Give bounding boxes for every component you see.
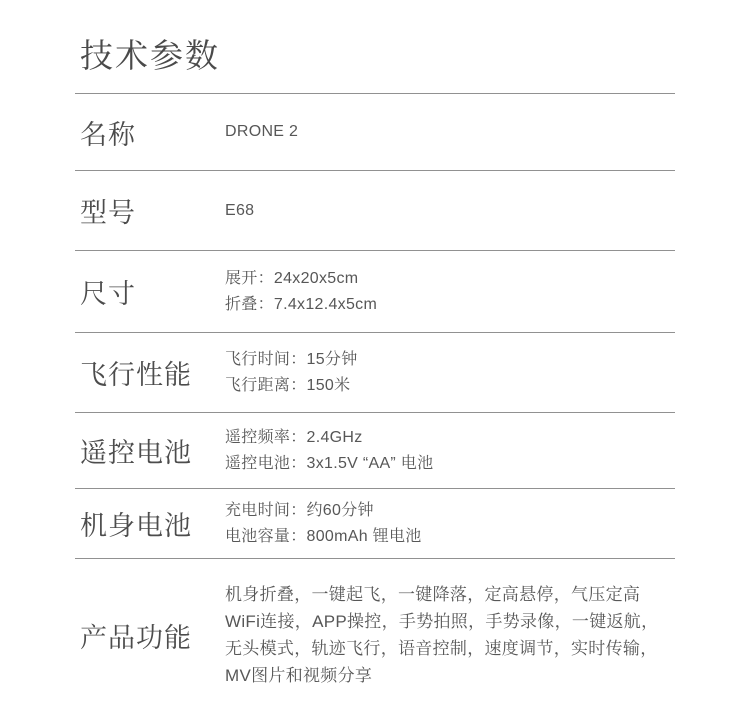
spec-value: DRONE 2 — [225, 119, 675, 145]
spec-value-line: 展开：24x20x5cm — [225, 266, 675, 292]
spec-label: 名称 — [75, 113, 225, 152]
spec-value: 遥控频率：2.4GHz 遥控电池：3x1.5V “AA” 电池 — [225, 425, 675, 477]
spec-value: 飞行时间：15分钟 飞行距离：150米 — [225, 347, 675, 399]
spec-value-line: E68 — [225, 198, 675, 224]
spec-row-name: 名称 DRONE 2 — [75, 94, 675, 171]
spec-row-flight-performance: 飞行性能 飞行时间：15分钟 飞行距离：150米 — [75, 333, 675, 413]
spec-value-line: 折叠：7.4x12.4x5cm — [225, 292, 675, 318]
spec-value-line: WiFi连接，APP操控，手势拍照，手势录像，一键返航， — [225, 608, 675, 635]
spec-label: 遥控电池 — [75, 431, 225, 470]
page-title: 技术参数 — [80, 36, 750, 76]
spec-table: 名称 DRONE 2 型号 E68 尺寸 展开：24x20x5cm 折叠：7.4… — [75, 93, 675, 708]
spec-row-model: 型号 E68 — [75, 171, 675, 251]
spec-label: 型号 — [75, 191, 225, 230]
spec-value: 展开：24x20x5cm 折叠：7.4x12.4x5cm — [225, 266, 675, 318]
spec-value-line: 飞行时间：15分钟 — [225, 347, 675, 373]
spec-row-body-battery: 机身电池 充电时间：约60分钟 电池容量：800mAh 锂电池 — [75, 489, 675, 559]
spec-value-line: MV图片和视频分享 — [225, 662, 675, 689]
spec-label: 尺寸 — [75, 272, 225, 311]
spec-value-line: 飞行距离：150米 — [225, 373, 675, 399]
spec-label: 机身电池 — [75, 504, 225, 543]
spec-value-line: 遥控电池：3x1.5V “AA” 电池 — [225, 451, 675, 477]
spec-value: E68 — [225, 198, 675, 224]
spec-row-remote-battery: 遥控电池 遥控频率：2.4GHz 遥控电池：3x1.5V “AA” 电池 — [75, 413, 675, 489]
spec-row-product-features: 产品功能 机身折叠，一键起飞，一键降落，定高悬停，气压定高 WiFi连接，APP… — [75, 559, 675, 708]
spec-label: 飞行性能 — [75, 353, 225, 392]
spec-value-line: 充电时间：约60分钟 — [225, 498, 675, 524]
spec-row-dimensions: 尺寸 展开：24x20x5cm 折叠：7.4x12.4x5cm — [75, 251, 675, 333]
spec-value: 机身折叠，一键起飞，一键降落，定高悬停，气压定高 WiFi连接，APP操控，手势… — [225, 581, 675, 689]
spec-label: 产品功能 — [75, 616, 225, 655]
spec-value: 充电时间：约60分钟 电池容量：800mAh 锂电池 — [225, 498, 675, 550]
spec-value-line: 电池容量：800mAh 锂电池 — [225, 524, 675, 550]
spec-value-line: 遥控频率：2.4GHz — [225, 425, 675, 451]
spec-value-line: DRONE 2 — [225, 119, 675, 145]
spec-value-line: 机身折叠，一键起飞，一键降落，定高悬停，气压定高 — [225, 581, 675, 608]
spec-value-line: 无头模式，轨迹飞行，语音控制，速度调节，实时传输， — [225, 635, 675, 662]
